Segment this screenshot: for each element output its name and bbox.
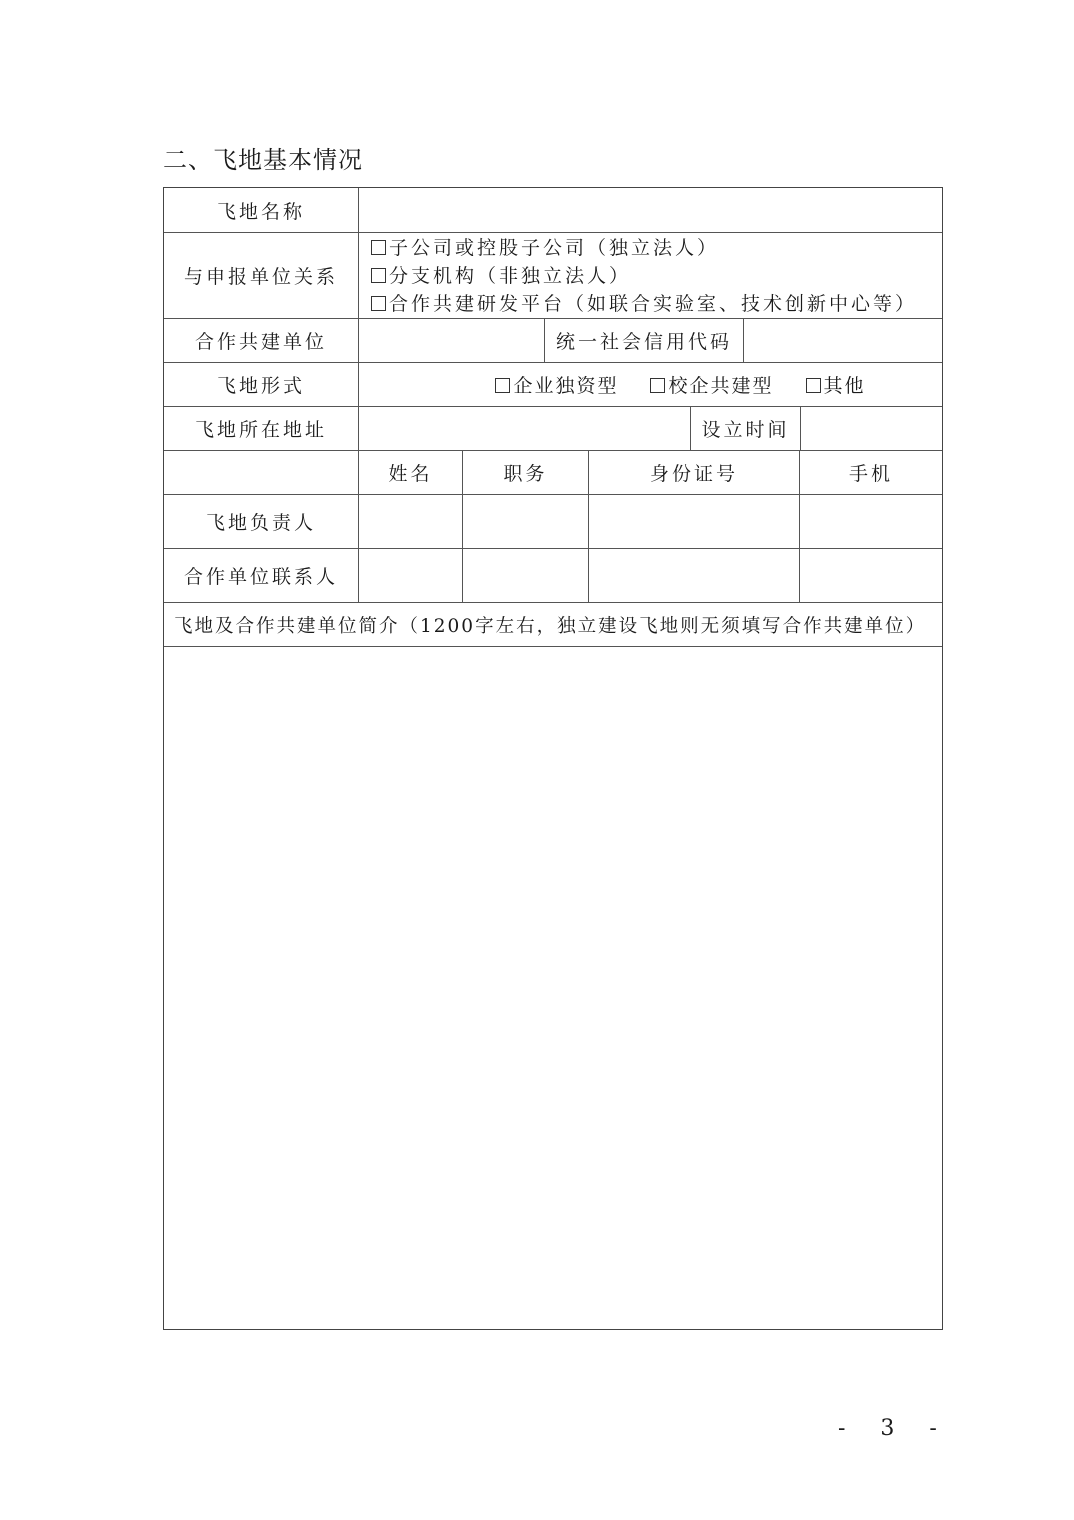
header-title: 职务 [462, 451, 588, 494]
row-address: 飞地所在地址 设立时间 [164, 406, 942, 450]
id-number-field[interactable] [588, 495, 799, 548]
page-number: - 3 - [838, 1416, 951, 1441]
checkbox-icon[interactable] [495, 378, 510, 393]
credit-code-label: 统一社会信用代码 [544, 319, 743, 362]
id-number-field[interactable] [588, 549, 799, 602]
contact-header-blank [164, 451, 358, 494]
header-phone: 手机 [799, 451, 942, 494]
form-label: 飞地形式 [164, 363, 358, 406]
address-label: 飞地所在地址 [164, 407, 358, 450]
enclave-name-label: 飞地名称 [164, 188, 358, 232]
row-relation: 与申报单位关系 子公司或控股子公司（独立法人） 分支机构（非独立法人） 合作共建… [164, 232, 942, 318]
contact-header-row: 姓名 职务 身份证号 手机 [164, 450, 942, 494]
form-option-sole[interactable]: 企业独资型 [495, 371, 618, 398]
relation-label: 与申报单位关系 [164, 233, 358, 318]
section-heading: 二、飞地基本情况 [163, 140, 363, 175]
row-partner: 合作共建单位 统一社会信用代码 [164, 318, 942, 362]
partner-label: 合作共建单位 [164, 319, 358, 362]
relation-option-branch[interactable]: 分支机构（非独立法人） [371, 262, 631, 290]
row-enclave-name: 飞地名称 [164, 188, 942, 232]
established-label: 设立时间 [690, 407, 800, 450]
title-field[interactable] [462, 549, 588, 602]
checkbox-icon[interactable] [806, 378, 821, 393]
established-field[interactable] [800, 407, 942, 450]
partner-field[interactable] [358, 319, 544, 362]
phone-field[interactable] [799, 495, 942, 548]
enclave-info-table: 飞地名称 与申报单位关系 子公司或控股子公司（独立法人） 分支机构（非独立法人）… [163, 187, 943, 1330]
intro-text-area[interactable] [164, 647, 942, 1329]
name-field[interactable] [358, 495, 462, 548]
address-field[interactable] [358, 407, 690, 450]
credit-code-field[interactable] [743, 319, 942, 362]
relation-options: 子公司或控股子公司（独立法人） 分支机构（非独立法人） 合作共建研发平台（如联合… [358, 233, 942, 318]
name-field[interactable] [358, 549, 462, 602]
title-field[interactable] [462, 495, 588, 548]
relation-option-subsidiary[interactable]: 子公司或控股子公司（独立法人） [371, 234, 719, 262]
form-options: 企业独资型 校企共建型 其他 [358, 363, 942, 406]
intro-body-row [164, 646, 942, 1329]
phone-field[interactable] [799, 549, 942, 602]
relation-option-platform[interactable]: 合作共建研发平台（如联合实验室、技术创新中心等） [371, 290, 917, 318]
contact-row-label: 飞地负责人 [164, 495, 358, 548]
form-option-joint[interactable]: 校企共建型 [650, 371, 773, 398]
intro-label-row: 飞地及合作共建单位简介（1200字左右，独立建设飞地则无须填写合作共建单位） [164, 602, 942, 646]
intro-label: 飞地及合作共建单位简介（1200字左右，独立建设飞地则无须填写合作共建单位） [164, 603, 942, 646]
contact-row-enclave-head: 飞地负责人 [164, 494, 942, 548]
checkbox-icon[interactable] [371, 268, 386, 283]
header-name: 姓名 [358, 451, 462, 494]
checkbox-icon[interactable] [650, 378, 665, 393]
row-form: 飞地形式 企业独资型 校企共建型 其他 [164, 362, 942, 406]
checkbox-icon[interactable] [371, 240, 386, 255]
form-option-other[interactable]: 其他 [806, 371, 866, 398]
contact-row-label: 合作单位联系人 [164, 549, 358, 602]
checkbox-icon[interactable] [371, 296, 386, 311]
header-id-number: 身份证号 [588, 451, 799, 494]
contact-row-partner-contact: 合作单位联系人 [164, 548, 942, 602]
enclave-name-field[interactable] [358, 188, 942, 232]
